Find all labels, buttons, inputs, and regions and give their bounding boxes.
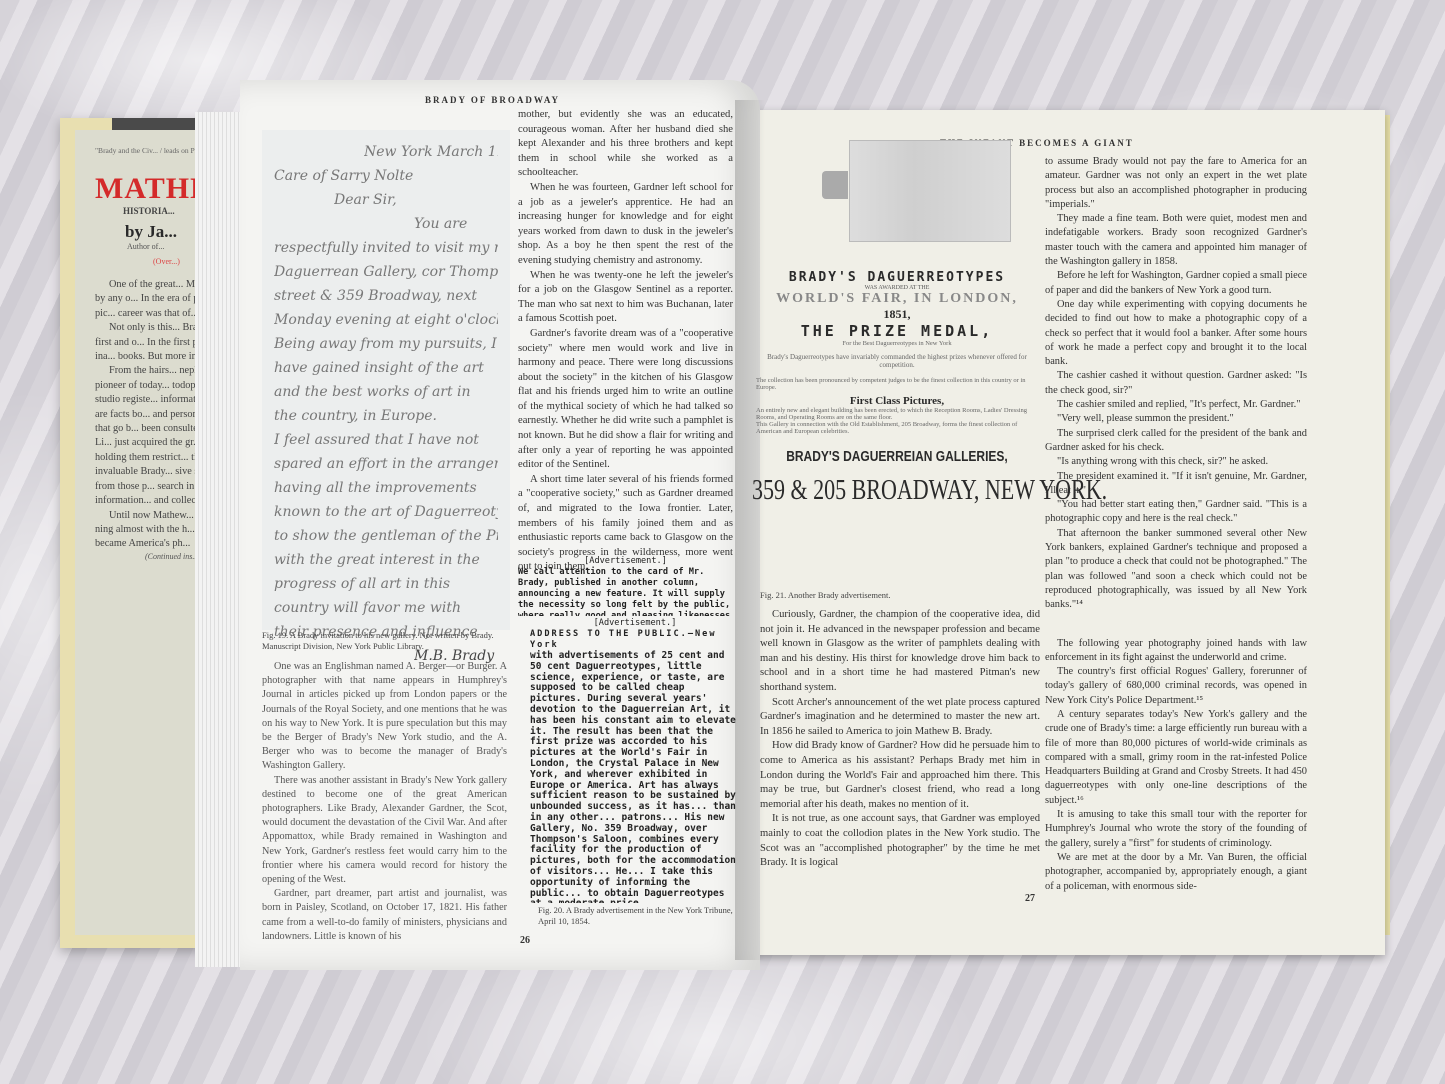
ad-line-1: Brady's Daguerreotypes have invariably c… [752,353,1042,369]
paragraph: It is amusing to take this small tour wi… [1045,808,1307,851]
paragraph: "Is anything wrong with this check, sir?… [1045,455,1307,469]
paragraph: to assume Brady would not pay the fare t… [1045,155,1307,212]
paragraph: Gardner, part dreamer, part artist and j… [262,887,507,944]
letter-line: country will favor me with [274,596,498,620]
left-page-column-1: One was an Englishman named A. Berger—or… [262,660,507,944]
letter-line: New York March 11 1853 [364,140,498,164]
letter-line: progress of all art in this [274,572,498,596]
paragraph: Scott Archer's announcement of the wet p… [760,696,1040,740]
ad-text: with advertisements of 25 cent and 50 ce… [530,651,740,903]
brady-daguerreotypes-ad: BRADY'S DAGUERREOTYPES WAS AWARDED AT TH… [752,270,1042,503]
letter-line: to show the gentleman of the Press [274,524,498,548]
letter-line: I feel assured that I have not [274,428,498,452]
right-page-column-2: to assume Brady would not pay the fare t… [1045,155,1307,894]
paragraph: The cashier cashed it without question. … [1045,369,1307,398]
ad-text: We call attention to the card of Mr. Bra… [518,567,733,616]
paragraph: The country's first official Rogues' Gal… [1045,665,1307,708]
letter-line: have gained insight of the art [274,356,498,380]
ad-fair: WORLD'S FAIR, IN LONDON, [752,291,1042,307]
right-page-column-1: Curiously, Gardner, the champion of the … [760,608,1040,871]
ad-medal: THE PRIZE MEDAL, [752,322,1042,340]
handwritten-letter-figure: New York March 11 1853 Care of Sarry Nol… [262,130,510,630]
paragraph: mother, but evidently she was an educate… [518,108,733,181]
left-page-number: 26 [520,935,530,946]
letter-line: Dear Sir, [334,188,498,212]
paragraph: One was an Englishman named A. Berger—or… [262,660,507,774]
letter-line: respectfully invited to visit my new [274,236,498,260]
paragraph: Curiously, Gardner, the champion of the … [760,608,1040,696]
letter-line: and the best works of art in [274,380,498,404]
camera-engraving [849,140,1011,242]
paragraph: That afternoon the banker summoned sever… [1045,527,1307,613]
ad-headline: BRADY'S DAGUERREOTYPES [752,270,1042,285]
ad-medal-sub: For the Best Daguerreotypes in New York [752,340,1042,347]
letter-line: Being away from my pursuits, I [274,332,498,356]
ad-address: 359 & 205 BROADWAY, NEW YORK. [752,473,1042,507]
ad-galleries: BRADY'S DAGUERREIAN GALLERIES, [752,448,1042,465]
fig19-caption: Fig. 19. A Brady invitation to his new g… [262,630,507,652]
paragraph: The cashier smiled and replied, "It's pe… [1045,398,1307,412]
paragraph: The president examined it. "If it isn't … [1045,470,1307,499]
letter-line: Care of Sarry Nolte [274,164,498,188]
ad-label: [Advertisement.] [518,556,733,567]
paragraph: Gardner's favorite dream was of a "coope… [518,327,733,473]
paragraph: How did Brady know of Gardner? How did h… [760,739,1040,812]
ad-line-4: This Gallery in connection with the Old … [752,421,1042,435]
letter-line: with the great interest in the [274,548,498,572]
letter-line: Daguerrean Gallery, cor Thompson [274,260,498,284]
paragraph: It is not true, as one account says, tha… [760,812,1040,870]
letter-line: known to the art of Daguerreotype [274,500,498,524]
letter-line: the country, in Europe. [274,404,498,428]
ad-line-2: The collection has been pronounced by co… [752,377,1042,391]
paragraph: We are met at the door by a Mr. Van Bure… [1045,851,1307,894]
camera-lens-shape [822,171,848,199]
paragraph: The surprised clerk called for the presi… [1045,427,1307,456]
paragraph: A century separates today's New York's g… [1045,708,1307,808]
letter-line: Monday evening at eight o'clock. [274,308,498,332]
right-page-number: 27 [1025,893,1035,904]
paragraph: "Very well, please summon the president.… [1045,412,1307,426]
letter-line: spared an effort in the arrangement [274,452,498,476]
letter-line: street & 359 Broadway, next [274,284,498,308]
paragraph: One day while experimenting with copying… [1045,298,1307,369]
left-page-column-2: mother, but evidently she was an educate… [518,108,733,575]
fig20-caption: Fig. 20. A Brady advertisement in the Ne… [538,905,738,927]
paragraph: When he was fourteen, Gardner left schoo… [518,181,733,269]
paragraph: The following year photography joined ha… [1045,637,1307,666]
ad-line-3: An entirely new and elegant building has… [752,407,1042,421]
paragraph: There was another assistant in Brady's N… [262,774,507,888]
letter-line: You are [414,212,498,236]
fig21-caption: Fig. 21. Another Brady advertisement. [760,590,891,601]
ad-first-class: First Class Pictures, [752,395,1042,407]
advertisement-clipping-1: [Advertisement.] We call attention to th… [518,556,733,616]
paragraph: Before he left for Washington, Gardner c… [1045,269,1307,298]
left-running-head: BRADY OF BROADWAY [425,95,560,105]
letter-line: having all the improvements [274,476,498,500]
ad-heading: ADDRESS TO THE PUBLIC.—New York [530,629,740,651]
ad-year: 1851, [752,307,1042,322]
paragraph: They made a fine team. Both were quiet, … [1045,212,1307,269]
paragraph: When he was twenty-one he left the jewel… [518,269,733,327]
spacer [1045,613,1307,637]
paragraph: "You had better start eating then," Gard… [1045,498,1307,527]
advertisement-clipping-2: [Advertisement.] ADDRESS TO THE PUBLIC.—… [530,618,740,903]
ad-label: [Advertisement.] [530,618,740,629]
